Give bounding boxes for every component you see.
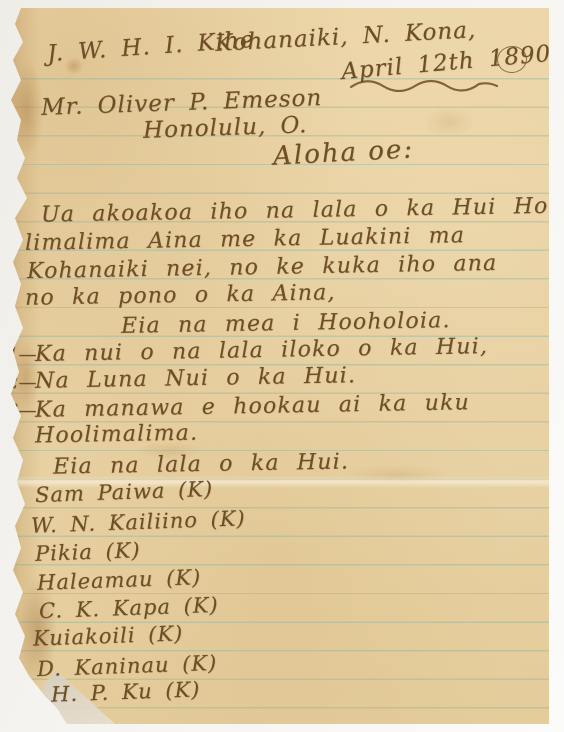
letter-page: J. W. H. I. Kihe Kohanaiki, N. Kona, Apr… <box>5 8 549 724</box>
resolution-marker: 3— <box>7 400 36 421</box>
member-name: D. Kaninau (K) <box>37 651 218 681</box>
resolution-item: Ka manawa e hookau ai ka uku <box>35 390 470 423</box>
body-line: no ka pono o ka Aina, <box>25 280 336 310</box>
member-name: Sam Paiwa (K) <box>35 477 214 507</box>
member-name: Haleamau (K) <box>37 565 202 595</box>
members-heading: Eia na lala o ka Hui. <box>53 449 349 479</box>
member-name: Pikia (K) <box>35 538 141 566</box>
resolution-marker: 1— <box>7 344 36 365</box>
body-line: Kohanaiki nei, no ke kuka iho ana <box>27 251 498 284</box>
stain <box>413 100 485 144</box>
salutation: Aloha oe: <box>272 134 414 171</box>
resolutions-heading: Eia na mea i Hooholoia. <box>121 308 451 339</box>
resolution-item: Ka nui o na lala iloko o ka Hui, <box>35 334 488 367</box>
scanned-letter-screenshot: { "page": { "colors": { "paper": "#e8d1a… <box>0 0 564 732</box>
member-name: Kuiakoili (K) <box>33 621 184 650</box>
member-name: W. N. Kailiino (K) <box>31 506 246 537</box>
resolution-item: Na Luna Nui o ka Hui. <box>35 363 357 394</box>
resolution-item: Hoolimalima. <box>35 421 199 449</box>
resolution-marker: 2— <box>7 372 36 393</box>
member-name: H. P. Ku (K) <box>51 677 201 706</box>
recipient-city: Honolulu, O. <box>143 112 308 144</box>
body-line: limalima Aina me ka Luakini ma <box>25 223 465 256</box>
body-line: Ua akoakoa iho na lala o ka Hui Hoo- <box>41 193 564 227</box>
member-name: C. K. Kapa (K) <box>39 593 219 623</box>
